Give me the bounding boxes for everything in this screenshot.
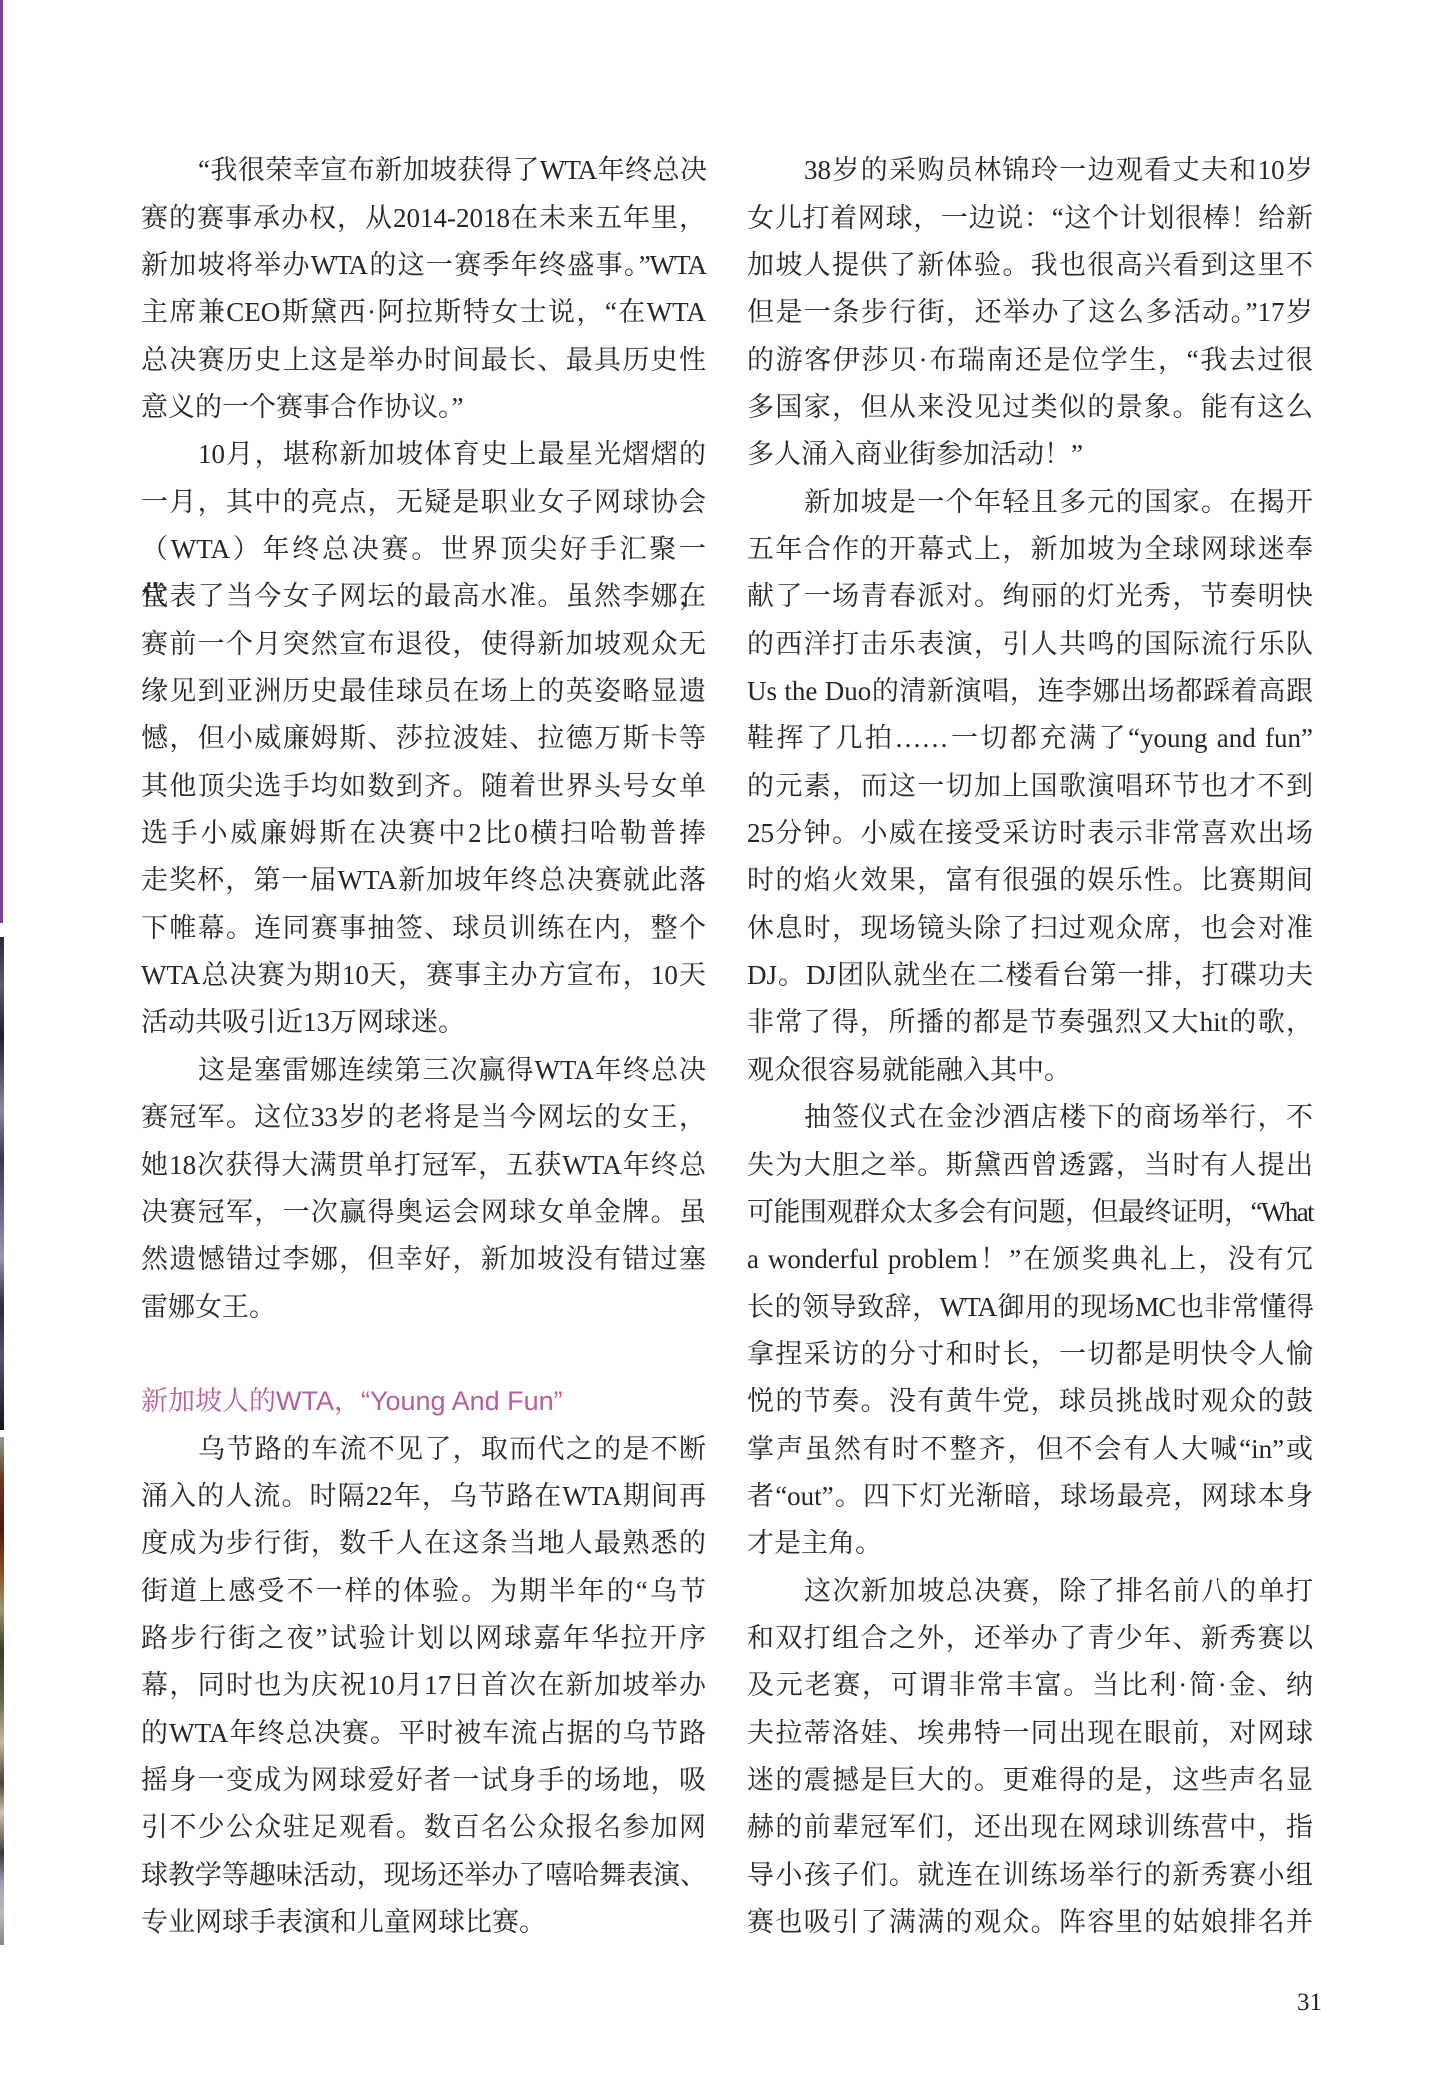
text-line: 休息时，现场镜头除了扫过观众席，也会对准 [747,905,1313,952]
text-line: 专业网球手表演和儿童网球比赛。 [141,1899,706,1946]
text-line: 抽签仪式在金沙酒店楼下的商场举行，不 [747,1094,1313,1141]
text-line: 新加坡将举办WTA的这一赛季年终盛事。”WTA [141,242,706,289]
text-line: 非常了得，所播的都是节奏强烈又大hit的歌， [747,999,1313,1046]
text-line: 摇身一变成为网球爱好者一试身手的场地，吸 [141,1757,706,1804]
paragraph: 这次新加坡总决赛，除了排名前八的单打 和双打组合之外，还举办了青少年、新秀赛以 … [747,1568,1313,1947]
paragraph: 这是塞雷娜连续第三次赢得WTA年终总决 赛冠军。这位33岁的老将是当今网坛的女王… [141,1047,706,1331]
text-line: 掌声虽然有时不整齐，但不会有人大喊“in”或 [747,1426,1313,1473]
text-line: 女儿打着网球，一边说：“这个计划很棒！给新 [747,195,1313,242]
text-line: 观众很容易就能融入其中。 [747,1047,1313,1094]
text-line: “我很荣幸宣布新加坡获得了WTA年终总决 [141,147,706,194]
text-line: 选手小威廉姆斯在决赛中2比0横扫哈勒普捧 [141,810,706,857]
text-line: 的元素，而这一切加上国歌演唱环节也才不到 [747,763,1313,810]
section-heading: 新加坡人的WTA，“Young And Fun” [141,1378,706,1425]
text-line: 的WTA年终总决赛。平时被车流占据的乌节路 [141,1710,706,1757]
text-line: DJ。DJ团队就坐在二楼看台第一排，打碟功夫 [747,952,1313,999]
text-line: 度成为步行街，数千人在这条当地人最熟悉的 [141,1520,706,1567]
text-line: 25分钟。小威在接受采访时表示非常喜欢出场 [747,810,1313,857]
text-line: 走奖杯，第一届WTA新加坡年终总决赛就此落 [141,857,706,904]
text-line: 幕，同时也为庆祝10月17日首次在新加坡举办 [141,1662,706,1709]
paragraph: 10月，堪称新加坡体育史上最星光熠熠的 一月，其中的亮点，无疑是职业女子网球协会… [141,431,706,1046]
text-line: 引不少公众驻足观看。数百名公众报名参加网 [141,1804,706,1851]
text-line: 38岁的采购员林锦玲一边观看丈夫和10岁 [747,147,1313,194]
text-line: 献了一场青春派对。绚丽的灯光秀，节奏明快 [747,573,1313,620]
text-line: 时的焰火效果，富有很强的娱乐性。比赛期间 [747,857,1313,904]
text-line: 的游客伊莎贝·布瑞南还是位学生，“我去过很 [747,337,1313,384]
text-line: 她18次获得大满贯单打冠军，五获WTA年终总 [141,1142,706,1189]
text-line: 鞋挥了几拍……一切都充满了“young and fun” [747,715,1313,762]
text-line: 多人涌入商业街参加活动！” [747,431,1313,478]
text-line: 的西洋打击乐表演，引人共鸣的国际流行乐队 [747,621,1313,668]
text-line: 失为大胆之举。斯黛西曾透露，当时有人提出 [747,1142,1313,1189]
magazine-page: “我很荣幸宣布新加坡获得了WTA年终总决 赛的赛事承办权，从2014-2018在… [0,0,1440,2091]
text-line: 新加坡是一个年轻且多元的国家。在揭开 [747,479,1313,526]
text-line: WTA总决赛为期10天，赛事主办方宣布，10天 [141,952,706,999]
text-line: 球教学等趣味活动，现场还举办了嘻哈舞表演、 [141,1852,706,1899]
text-line: 街道上感受不一样的体验。为期半年的“乌节 [141,1568,706,1615]
text-line: 赛的赛事承办权，从2014-2018在未来五年里， [141,195,706,242]
text-line: 导小孩子们。就连在训练场举行的新秀赛小组 [747,1852,1313,1899]
text-line: （WTA）年终总决赛。世界顶尖好手汇聚一堂， [141,526,706,573]
text-line: 代表了当今女子网坛的最高水准。虽然李娜在 [141,573,706,620]
text-line: Us the Duo的清新演唱，连李娜出场都踩着高跟 [747,668,1313,715]
text-line: 赛前一个月突然宣布退役，使得新加坡观众无 [141,621,706,668]
text-line: 夫拉蒂洛娃、埃弗特一同出现在眼前，对网球 [747,1710,1313,1757]
text-line: 活动共吸引近13万网球迷。 [141,999,706,1046]
text-line: 总决赛历史上这是举办时间最长、最具历史性 [141,337,706,384]
text-line: 加坡人提供了新体验。我也很高兴看到这里不 [747,242,1313,289]
paragraph: 乌节路的车流不见了，取而代之的是不断 涌入的人流。时隔22年，乌节路在WTA期间… [141,1426,706,1947]
text-line: 憾，但小威廉姆斯、莎拉波娃、拉德万斯卡等 [141,715,706,762]
text-line: 下帷幕。连同赛事抽签、球员训练在内，整个 [141,905,706,952]
text-line: 赫的前辈冠军们，还出现在网球训练营中，指 [747,1804,1313,1851]
paragraph: 抽签仪式在金沙酒店楼下的商场举行，不 失为大胆之举。斯黛西曾透露，当时有人提出 … [747,1094,1313,1567]
text-line: 缘见到亚洲历史最佳球员在场上的英姿略显遗 [141,668,706,715]
text-line: 及元老赛，可谓非常丰富。当比利·简·金、纳 [747,1662,1313,1709]
paragraph: 38岁的采购员林锦玲一边观看丈夫和10岁 女儿打着网球，一边说：“这个计划很棒！… [747,147,1313,478]
text-line: 一月，其中的亮点，无疑是职业女子网球协会 [141,479,706,526]
left-column: “我很荣幸宣布新加坡获得了WTA年终总决 赛的赛事承办权，从2014-2018在… [141,147,706,1946]
text-line: 五年合作的开幕式上，新加坡为全球网球迷奉 [747,526,1313,573]
text-line: 主席兼CEO斯黛西·阿拉斯特女士说，“在WTA [141,289,706,336]
photo-edge-strip-bottom [0,1437,4,1945]
text-line: 赛冠军。这位33岁的老将是当今网坛的女王， [141,1094,706,1141]
text-line: 迷的震撼是巨大的。更难得的是，这些声名显 [747,1757,1313,1804]
text-line: 拿捏采访的分寸和时长，一切都是明快令人愉 [747,1331,1313,1378]
text-line: a wonderful problem！”在颁奖典礼上，没有冗 [747,1236,1313,1283]
text-line: 其他顶尖选手均如数到齐。随着世界头号女单 [141,763,706,810]
spacer [141,1331,706,1378]
text-line: 者“out”。四下灯光渐暗，球场最亮，网球本身 [747,1473,1313,1520]
text-line: 才是主角。 [747,1520,1313,1567]
text-line: 路步行街之夜”试验计划以网球嘉年华拉开序 [141,1615,706,1662]
text-line: 这次新加坡总决赛，除了排名前八的单打 [747,1568,1313,1615]
paragraph: 新加坡是一个年轻且多元的国家。在揭开 五年合作的开幕式上，新加坡为全球网球迷奉 … [747,479,1313,1094]
paragraph: “我很荣幸宣布新加坡获得了WTA年终总决 赛的赛事承办权，从2014-2018在… [141,147,706,431]
text-line: 悦的节奏。没有黄牛党，球员挑战时观众的鼓 [747,1378,1313,1425]
text-line: 可能围观群众太多会有问题，但最终证明，“What [747,1189,1313,1236]
text-line: 这是塞雷娜连续第三次赢得WTA年终总决 [141,1047,706,1094]
right-column: 38岁的采购员林锦玲一边观看丈夫和10岁 女儿打着网球，一边说：“这个计划很棒！… [747,147,1313,1946]
page-number: 31 [1297,1988,1322,2018]
text-line: 多国家，但从来没见过类似的景象。能有这么 [747,384,1313,431]
purple-edge-bar [0,0,3,923]
text-line: 长的领导致辞，WTA御用的现场MC也非常懂得 [747,1284,1313,1331]
text-line: 决赛冠军，一次赢得奥运会网球女单金牌。虽 [141,1189,706,1236]
text-line: 然遗憾错过李娜，但幸好，新加坡没有错过塞 [141,1236,706,1283]
text-line: 雷娜女王。 [141,1284,706,1331]
text-line: 10月，堪称新加坡体育史上最星光熠熠的 [141,431,706,478]
photo-edge-strip-top [0,937,4,1430]
text-line: 和双打组合之外，还举办了青少年、新秀赛以 [747,1615,1313,1662]
text-line: 乌节路的车流不见了，取而代之的是不断 [141,1426,706,1473]
text-line: 赛也吸引了满满的观众。阵容里的姑娘排名并 [747,1899,1313,1946]
text-line: 涌入的人流。时隔22年，乌节路在WTA期间再 [141,1473,706,1520]
text-line: 但是一条步行街，还举办了这么多活动。”17岁 [747,289,1313,336]
text-line: 意义的一个赛事合作协议。” [141,384,706,431]
